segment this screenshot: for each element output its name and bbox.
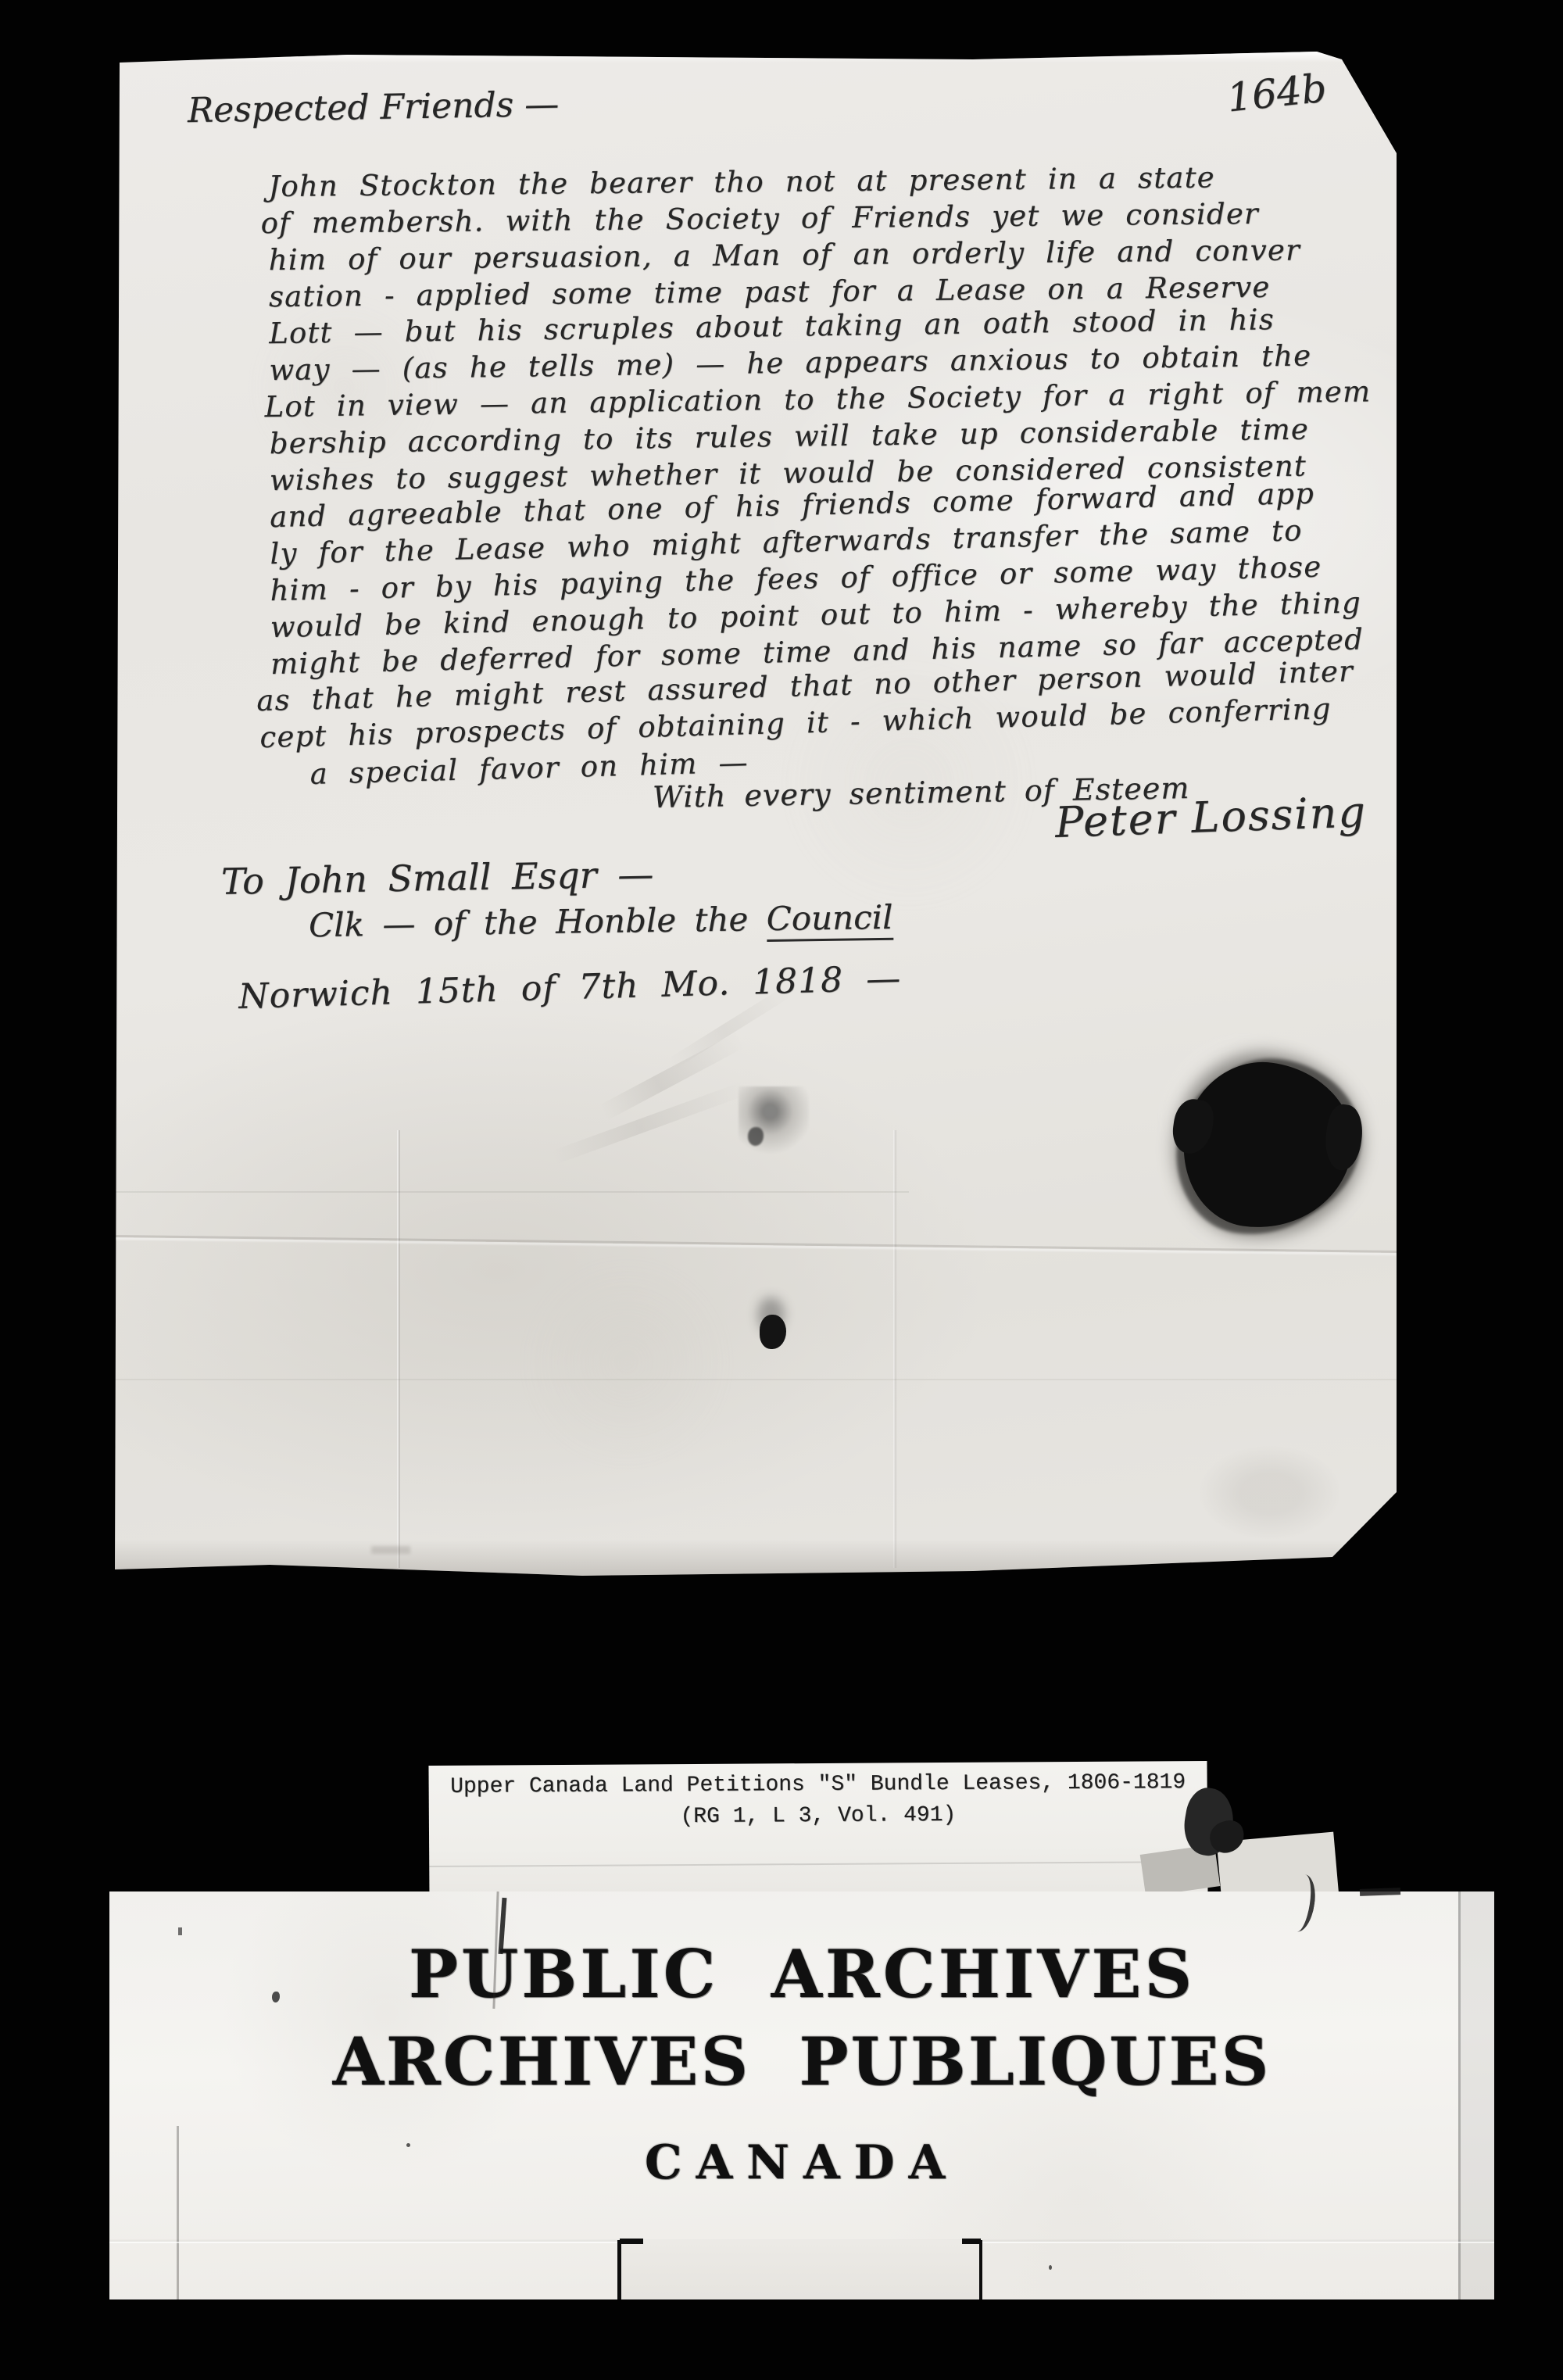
microfilm-scan-background: 164b Respected Friends — John Stockton t… (0, 0, 1563, 2380)
show-through-ghost-writing (551, 1082, 746, 1165)
horizontal-fold-crease (113, 1191, 909, 1193)
ink-smudge (739, 1086, 809, 1158)
label-reference-line: (RG 1, L 3, Vol. 491) (429, 1802, 1207, 1831)
letter-addressee-line-1: To John Small Esqr — (221, 853, 654, 903)
bottom-paper-tab (617, 2240, 982, 2299)
addressee-clerk-text: Clk — of the Honble the (309, 900, 767, 944)
letter-salutation: Respected Friends — (188, 84, 560, 131)
banner-title-french: ARCHIVES PUBLIQUES (109, 2023, 1494, 2100)
addressee-council-underlined: Council (766, 898, 893, 942)
letter-dateline: Norwich 15th of 7th Mo. 1818 — (238, 958, 901, 1017)
ink-speck (1360, 1888, 1400, 1896)
vertical-fold-crease (397, 1130, 400, 1568)
typed-label-strip: Upper Canada Land Petitions "S" Bundle L… (428, 1761, 1207, 1903)
label-title-line: Upper Canada Land Petitions "S" Bundle L… (429, 1770, 1207, 1799)
show-through-ghost-writing (599, 1032, 746, 1120)
ink-speck (178, 1927, 182, 1935)
letter-body: John Stockton the bearer tho not at pres… (268, 163, 1372, 793)
ink-spot (760, 1315, 786, 1349)
ink-speck (406, 2143, 410, 2147)
archives-banner-card: PUBLIC ARCHIVES ARCHIVES PUBLIQUES CANAD… (109, 1891, 1494, 2299)
banner-crease (177, 2126, 179, 2299)
horizontal-fold-crease (113, 1379, 1397, 1380)
letter-signature: Peter Lossing (1054, 787, 1368, 847)
vertical-fold-crease (893, 1130, 896, 1568)
letter-page: 164b Respected Friends — John Stockton t… (113, 52, 1397, 1576)
paper-seam (429, 1861, 1207, 1867)
show-through-ghost-mark (1200, 1446, 1340, 1540)
banner-title-english: PUBLIC ARCHIVES (109, 1935, 1494, 2013)
ink-blot (1173, 1052, 1362, 1240)
ink-speck (1049, 2265, 1052, 2270)
letter-addressee-line-2: Clk — of the Honble the Council (309, 898, 893, 944)
banner-title-canada: CANADA (109, 2135, 1494, 2190)
banner-edge-shade (1461, 1891, 1494, 2299)
edge-smudge (371, 1546, 410, 1554)
horizontal-fold-crease (113, 1235, 1397, 1253)
page-number: 164b (1225, 65, 1329, 120)
